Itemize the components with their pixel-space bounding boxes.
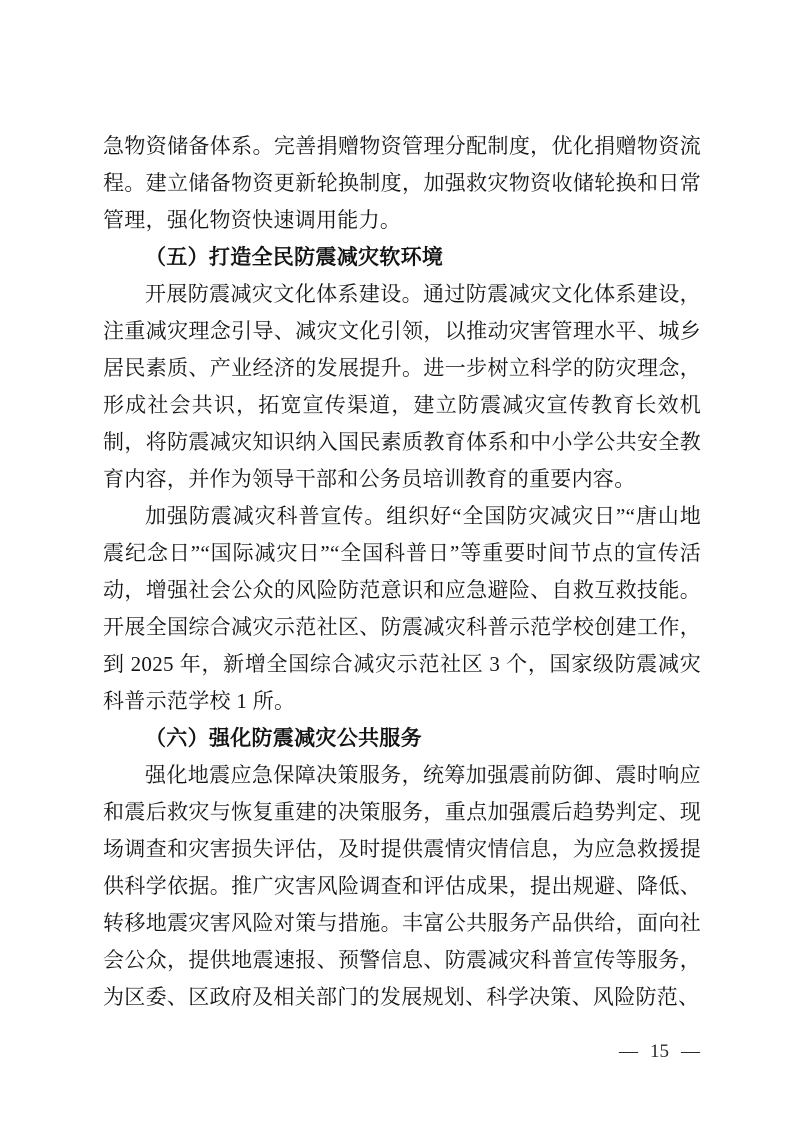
body-paragraph: 加强防震减灾科普宣传。组织好“全国防灾减灾日”“唐山地震纪念日”“国际减灾日”“… [103,498,701,720]
body-paragraph: 开展防震减灾文化体系建设。通过防震减灾文化体系建设，注重减灾理念引导、减灾文化引… [103,276,701,498]
document-text-block: 急物资储备体系。完善捐赠物资管理分配制度，优化捐赠物资流程。建立储备物资更新轮换… [103,128,701,1016]
section-heading-5: （五）打造全民防震减灾软环境 [103,239,701,276]
body-paragraph-continuation: 急物资储备体系。完善捐赠物资管理分配制度，优化捐赠物资流程。建立储备物资更新轮换… [103,128,701,239]
footer-left-dash: — [619,1038,638,1066]
body-paragraph: 强化地震应急保障决策服务，统筹加强震前防御、震时响应和震后救灾与恢复重建的决策服… [103,757,701,1016]
document-page: 急物资储备体系。完善捐赠物资管理分配制度，优化捐赠物资流程。建立储备物资更新轮换… [0,0,793,1122]
section-heading-6: （六）强化防震减灾公共服务 [103,720,701,757]
page-number: 15 [650,1038,669,1066]
page-footer: — 15 — [619,1038,700,1066]
footer-right-dash: — [681,1038,700,1066]
